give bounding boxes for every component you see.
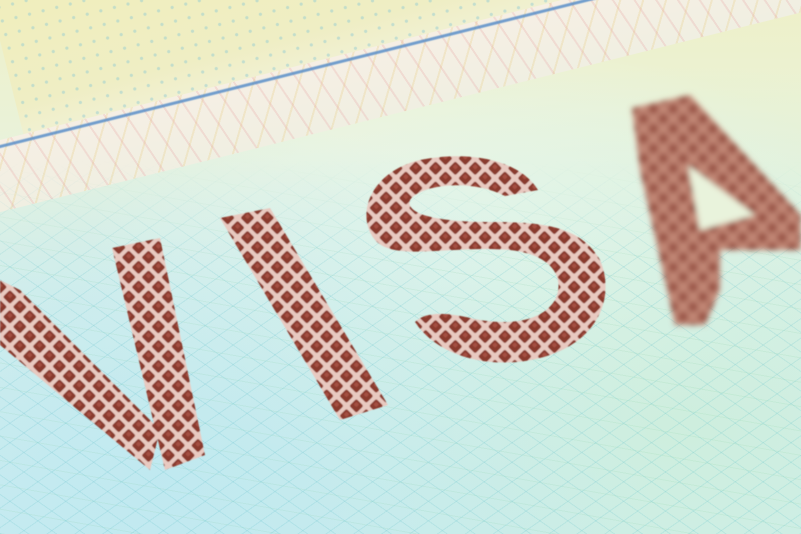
letter-v (0, 238, 205, 470)
visa-photo: VISA (0, 0, 801, 534)
letter-s (366, 156, 605, 362)
letter-a (632, 95, 801, 325)
visa-lettering (0, 0, 801, 534)
letter-i (220, 208, 388, 420)
